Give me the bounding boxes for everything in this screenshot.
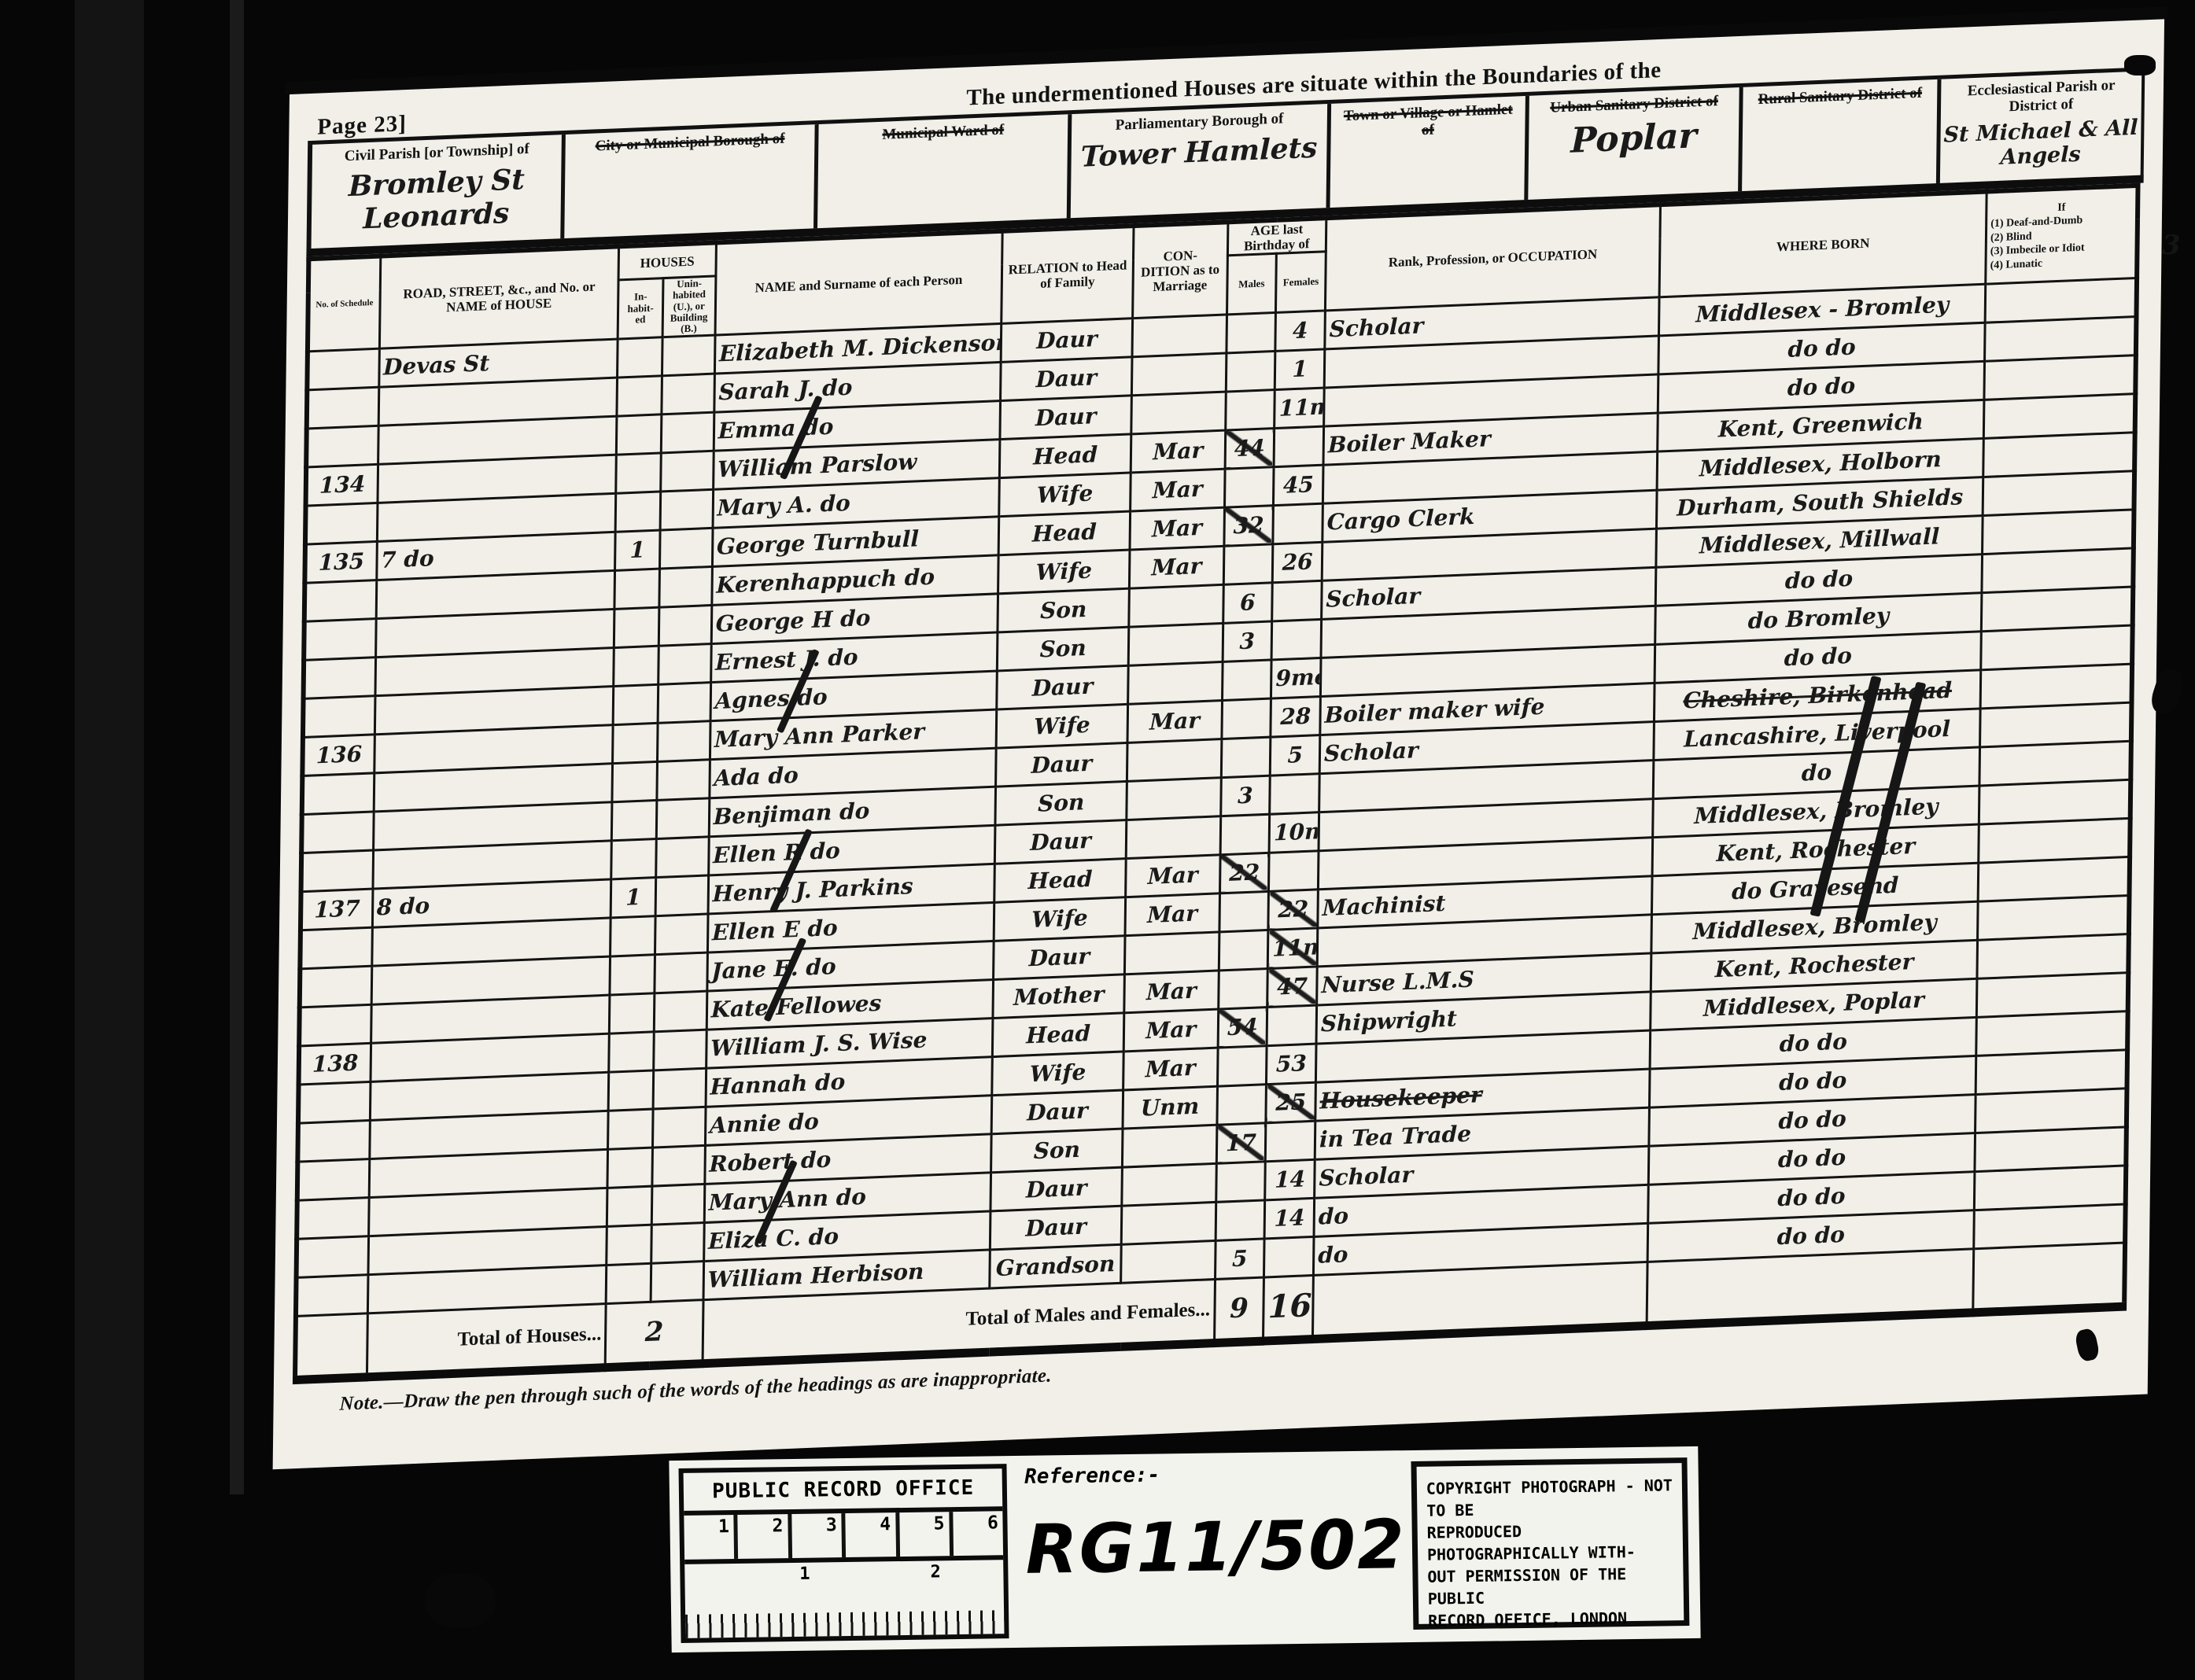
- cell-relation: Head: [992, 1012, 1123, 1056]
- col-inhabited: In-habit-ed: [618, 278, 663, 339]
- cell-schedule: [307, 348, 379, 390]
- cell-condition: Mar: [1126, 854, 1220, 897]
- ruler-cm-scale: 123456: [684, 1511, 1003, 1564]
- cell-infirmity: [1979, 741, 2131, 786]
- total-males: 9: [1214, 1277, 1264, 1343]
- col-schedule: No. of Schedule: [308, 256, 380, 352]
- cell-relation: Daur: [990, 1206, 1121, 1250]
- cell-uninhabited: [660, 489, 713, 530]
- cell-age-m: [1216, 1161, 1265, 1202]
- cell-age-m: 3: [1223, 621, 1272, 661]
- cell-schedule: [302, 772, 374, 814]
- cell-age-f: [1266, 1121, 1315, 1162]
- cell-infirmity: [1976, 972, 2128, 1017]
- margin-mark: 3: [2162, 230, 2181, 261]
- cell-age-f: 22: [1268, 889, 1318, 930]
- cell-uninhabited: [651, 1261, 703, 1302]
- cell-relation: Daur: [997, 665, 1128, 709]
- ruler-cm-scale-item: 6: [953, 1511, 1003, 1556]
- cell-inhabited: [608, 1070, 653, 1110]
- cell-age-f: 14: [1264, 1198, 1314, 1239]
- cell-inhabited: 1: [615, 530, 660, 570]
- cell-infirmity: [1985, 316, 2137, 361]
- header-box-6: Rural Sanitary District of: [1742, 79, 1941, 191]
- cell-condition: [1132, 353, 1227, 396]
- cell-condition: [1131, 392, 1226, 434]
- cell-inhabited: [611, 838, 656, 879]
- cell-inhabited: [607, 1148, 652, 1188]
- col-occupation: Rank, Profession, or OCCUPATION: [1325, 204, 1660, 310]
- cell-uninhabited: [653, 1068, 706, 1109]
- cell-age-m: 3: [1220, 776, 1270, 816]
- col-road: ROAD, STREET, &c., and No. or NAME of HO…: [379, 246, 619, 348]
- cell-condition: Mar: [1130, 507, 1224, 550]
- col-females: Females: [1276, 252, 1326, 312]
- cell-condition: Mar: [1127, 700, 1222, 742]
- cell-schedule: [297, 1236, 369, 1277]
- cell-infirmity: [1984, 355, 2136, 400]
- ruler-cm-scale-item: 5: [899, 1512, 954, 1557]
- cell-schedule: 135: [304, 541, 377, 583]
- cell-condition: Mar: [1123, 1009, 1218, 1052]
- cell-age-f: [1272, 580, 1322, 621]
- header-box-2: Municipal Ward of: [817, 114, 1072, 228]
- cell-relation: Wife: [998, 550, 1130, 594]
- cell-age-f: [1269, 850, 1319, 891]
- cell-schedule: [297, 1197, 369, 1239]
- col-condition: CON- DITION as to Marriage: [1133, 222, 1228, 318]
- cell-infirmity: [1981, 587, 2133, 632]
- cell-schedule: [304, 580, 377, 621]
- header-box-value: St Michael & All Angels: [1940, 112, 2142, 171]
- cell-uninhabited: [658, 682, 710, 723]
- cell-inhabited: [610, 954, 655, 994]
- cell-age-f: [1271, 619, 1321, 660]
- cell-uninhabited: [655, 952, 707, 993]
- cell-relation: Daur: [991, 1090, 1123, 1134]
- cell-age-f: 45: [1274, 465, 1323, 506]
- cell-schedule: [305, 503, 378, 544]
- cell-inhabited: [614, 607, 659, 647]
- cell-schedule: [298, 1081, 371, 1123]
- cell-age-f: 1: [1275, 349, 1325, 390]
- cell-relation: Daur: [1001, 318, 1132, 362]
- cell-infirmity: [1977, 934, 2129, 978]
- cell-age-f: 4: [1275, 310, 1325, 351]
- cell-inhabited: [615, 492, 660, 532]
- cell-inhabited: [611, 916, 655, 956]
- total-houses-value: 2: [605, 1299, 703, 1367]
- header-box-0: Civil Parish [or Township] ofBromley St …: [312, 134, 566, 249]
- cell-relation: Head: [999, 433, 1131, 477]
- cell-relation: Wife: [992, 1051, 1123, 1095]
- cell-age-m: [1224, 466, 1274, 507]
- cell-schedule: 136: [302, 734, 374, 776]
- cell-relation: Daur: [994, 820, 1126, 864]
- cell-uninhabited: [656, 836, 709, 877]
- cell-infirmity: [1975, 1126, 2127, 1171]
- cell-age-m: [1223, 543, 1273, 584]
- header-box-value: Poplar: [1529, 111, 1739, 163]
- totals-blank-occ: [1312, 1262, 1647, 1339]
- cell-relation: Grandson: [990, 1244, 1121, 1288]
- cell-inhabited: [613, 684, 658, 724]
- cell-age-f: [1270, 773, 1319, 814]
- film-edge-band: [75, 0, 144, 1680]
- cell-age-f: [1273, 503, 1323, 544]
- cell-uninhabited: [655, 875, 708, 916]
- film-speck: [2124, 55, 2156, 76]
- cell-age-m: [1217, 1045, 1267, 1086]
- cell-age-m: [1226, 351, 1275, 392]
- cell-uninhabited: [662, 374, 714, 414]
- cell-age-m: [1222, 660, 1271, 701]
- cell-condition: [1125, 931, 1219, 974]
- cell-inhabited: [609, 1031, 654, 1071]
- cell-age-m: 22: [1219, 853, 1269, 893]
- pro-title: PUBLIC RECORD OFFICE: [684, 1468, 1003, 1516]
- cell-age-m: 5: [1215, 1238, 1264, 1279]
- cell-age-m: [1218, 968, 1267, 1009]
- cell-condition: Unm: [1123, 1086, 1217, 1129]
- cell-infirmity: [1980, 702, 2132, 747]
- copyright-box: COPYRIGHT PHOTOGRAPH - NOT TO BEREPRODUC…: [1411, 1457, 1689, 1630]
- cell-relation: Daur: [1001, 356, 1132, 400]
- cell-age-f: 9mo: [1271, 658, 1321, 698]
- copyright-box-item: REPRODUCED PHOTOGRAPHICALLY WITH-: [1426, 1518, 1673, 1565]
- header-box-5: Urban Sanitary District ofPoplar: [1528, 87, 1743, 200]
- total-females: 16: [1264, 1275, 1314, 1341]
- cell-schedule: [307, 387, 379, 429]
- col-relation: RELATION to Head of Family: [1002, 226, 1134, 323]
- cell-uninhabited: [654, 991, 706, 1032]
- cell-condition: [1122, 1163, 1216, 1206]
- cell-inhabited: [607, 1225, 651, 1265]
- cell-uninhabited: [661, 412, 714, 453]
- cell-age-m: [1221, 737, 1271, 778]
- cell-schedule: [299, 1004, 371, 1046]
- cell-condition: [1121, 1240, 1216, 1283]
- cell-uninhabited: [651, 1222, 704, 1263]
- cell-condition: [1123, 1125, 1217, 1167]
- cell-schedule: [303, 695, 375, 737]
- cell-inhabited: [613, 723, 658, 763]
- total-houses-label: Total of Houses...: [367, 1303, 606, 1376]
- cell-infirmity: [1978, 895, 2130, 940]
- cell-condition: Mar: [1124, 971, 1219, 1013]
- census-table: No. of Schedule ROAD, STREET, &c., and N…: [293, 183, 2141, 1384]
- cell-condition: Mar: [1131, 430, 1225, 473]
- cell-age-f: 14: [1265, 1159, 1315, 1200]
- totals-blank-born: [1647, 1248, 1974, 1325]
- cell-uninhabited: [657, 759, 710, 800]
- cell-inhabited: [612, 800, 657, 840]
- reference-label: Reference:-: [1024, 1460, 1405, 1489]
- col-uninhabited: Unin-habited (U.), or Building (B.): [662, 276, 716, 337]
- cell-infirmity: [1983, 509, 2134, 554]
- cell-condition: [1127, 777, 1221, 820]
- cell-infirmity: [1983, 470, 2134, 515]
- cell-condition: Mar: [1123, 1048, 1218, 1090]
- cell-schedule: 134: [306, 464, 378, 506]
- cell-age-f: 25: [1266, 1082, 1315, 1123]
- col-name: NAME and Surname of each Person: [715, 231, 1003, 335]
- cell-schedule: [301, 811, 374, 853]
- col-houses-group: HOUSES: [618, 242, 716, 280]
- cell-schedule: [306, 426, 378, 467]
- cell-inhabited: [618, 337, 662, 377]
- cell-condition: [1121, 1202, 1216, 1244]
- cell-uninhabited: [654, 1030, 706, 1070]
- cell-condition: Mar: [1125, 893, 1219, 935]
- col-born: WHERE BORN: [1659, 192, 1987, 297]
- cell-uninhabited: [659, 528, 712, 569]
- ruler-cm-scale-item: 3: [791, 1513, 846, 1558]
- cell-schedule: [300, 927, 372, 969]
- cell-uninhabited: [657, 720, 710, 761]
- cell-infirmity: [1980, 664, 2132, 709]
- cell-uninhabited: [661, 451, 714, 492]
- header-box-3: Parliamentary Borough ofTower Hamlets: [1071, 104, 1331, 218]
- cell-age-m: 32: [1223, 505, 1273, 546]
- cell-age-f: 26: [1273, 542, 1323, 583]
- reference-box: Reference:- RG11/502: [1007, 1450, 1414, 1648]
- cell-inhabited: [606, 1263, 651, 1303]
- cell-age-m: [1219, 930, 1268, 971]
- cell-age-f: 11mo: [1275, 388, 1324, 429]
- film-edge-sliver: [230, 0, 244, 1494]
- cell-relation: Wife: [999, 473, 1131, 517]
- cell-age-f: 53: [1267, 1044, 1316, 1085]
- ruler-inch-scale-item: 1: [799, 1564, 810, 1584]
- cell-age-m: 54: [1218, 1007, 1267, 1048]
- cell-inhabited: [616, 452, 661, 492]
- cell-relation: Head: [994, 858, 1126, 902]
- cell-schedule: [297, 1120, 370, 1162]
- cell-age-f: 28: [1271, 696, 1320, 737]
- copyright-box-item: OUT PERMISSION OF THE PUBLIC: [1427, 1562, 1674, 1609]
- cell-uninhabited: [656, 798, 709, 838]
- cell-condition: Mar: [1130, 546, 1224, 588]
- cell-inhabited: [608, 1109, 653, 1149]
- cell-condition: [1129, 584, 1223, 627]
- cell-relation: Daur: [991, 1167, 1122, 1211]
- col-males: Males: [1227, 253, 1277, 314]
- cell-age-m: [1226, 312, 1275, 353]
- header-box-7: Ecclesiastical Parish or District ofSt M…: [1940, 71, 2142, 182]
- cell-relation: Head: [998, 511, 1130, 555]
- cell-uninhabited: [662, 335, 714, 376]
- cell-infirmity: [1975, 1049, 2127, 1094]
- cell-age-f: 47: [1267, 967, 1317, 1008]
- copyright-box-item: RECORD OFFICE, LONDON: [1428, 1606, 1674, 1631]
- cell-infirmity: [1981, 625, 2133, 670]
- cell-relation: Son: [991, 1129, 1123, 1173]
- cell-age-m: 44: [1225, 428, 1275, 469]
- cell-condition: [1127, 739, 1222, 781]
- totals-blank-infirm: [1973, 1243, 2125, 1313]
- cell-infirmity: [1974, 1165, 2126, 1210]
- cell-age-m: [1225, 389, 1275, 430]
- reference-value: RG11/502: [1025, 1505, 1407, 1590]
- cell-age-f: [1267, 1005, 1316, 1046]
- cell-infirmity: [1975, 1088, 2127, 1133]
- cell-age-f: 11mo: [1268, 927, 1318, 968]
- cell-relation: Wife: [996, 704, 1127, 748]
- cell-age-m: 6: [1223, 582, 1272, 623]
- cell-schedule: 138: [299, 1043, 371, 1085]
- cell-condition: [1128, 661, 1223, 704]
- cell-age-f: [1264, 1236, 1314, 1277]
- cell-inhabited: 1: [611, 877, 655, 917]
- cell-age-m: [1219, 891, 1268, 932]
- cell-relation: Daur: [996, 742, 1127, 787]
- ruler-inch-scale: 12: [684, 1560, 1005, 1638]
- cell-age-m: [1220, 814, 1270, 855]
- census-page: Page 23] The undermentioned Houses are s…: [273, 17, 2164, 1469]
- cell-schedule: [297, 1159, 370, 1200]
- cell-infirmity: [1985, 278, 2137, 322]
- col-age-group: AGE last Birthday of: [1227, 218, 1326, 256]
- cell-infirmity: [1983, 432, 2135, 477]
- cell-infirmity: [1974, 1204, 2126, 1249]
- cell-condition: Mar: [1131, 469, 1225, 511]
- totals-blank: [295, 1313, 367, 1380]
- cell-infirmity: [1979, 818, 2130, 863]
- cell-infirmity: [1983, 393, 2135, 438]
- cell-age-f: 10mo: [1269, 812, 1319, 853]
- cell-age-m: 17: [1216, 1122, 1266, 1163]
- cell-condition: [1126, 816, 1220, 858]
- ruler-box: PUBLIC RECORD OFFICE 123456 12: [678, 1464, 1009, 1643]
- cell-inhabited: [614, 569, 659, 609]
- ruler-cm-scale-item: 1: [684, 1515, 738, 1560]
- cell-relation: Son: [995, 781, 1127, 825]
- header-box-4: Town or Village or Hamlet of: [1330, 96, 1529, 208]
- col-infirmity: If(1) Deaf-and-Dumb(2) Blind(3) Imbecile…: [1986, 186, 2138, 284]
- cell-inhabited: [617, 414, 662, 454]
- cell-infirmity: [1978, 857, 2130, 901]
- cell-age-f: [1274, 426, 1323, 467]
- microfilm-photo: { "film": { "page_label": "Page 23]", "t…: [0, 0, 2195, 1680]
- census-tbody: Devas StElizabeth M. DickensonDaur4Schol…: [296, 278, 2137, 1316]
- cell-inhabited: [617, 375, 662, 415]
- cell-age-m: [1216, 1084, 1266, 1125]
- cell-inhabited: [614, 646, 658, 686]
- header-box-value: Bromley St Leonards: [312, 158, 562, 238]
- cell-uninhabited: [658, 605, 711, 646]
- cell-inhabited: [610, 993, 655, 1033]
- cell-relation: Son: [998, 588, 1129, 632]
- cell-condition: [1132, 314, 1227, 356]
- cell-infirmity: [1976, 1011, 2128, 1056]
- copyright-box-item: COPYRIGHT PHOTOGRAPH - NOT TO BE: [1426, 1474, 1673, 1521]
- cell-inhabited: [607, 1186, 652, 1226]
- cell-age-m: [1221, 698, 1271, 739]
- cell-uninhabited: [652, 1145, 705, 1186]
- film-speck: [425, 1573, 496, 1628]
- cell-uninhabited: [658, 643, 711, 684]
- cell-uninhabited: [659, 566, 712, 607]
- cell-infirmity: [1979, 779, 2130, 824]
- ruler-inch-scale-item: 2: [930, 1562, 941, 1582]
- cell-inhabited: [612, 761, 657, 801]
- cell-relation: Daur: [994, 935, 1125, 979]
- cell-age-m: [1216, 1199, 1265, 1240]
- cell-relation: Daur: [1000, 395, 1131, 439]
- cell-schedule: [304, 618, 376, 660]
- ruler-cm-scale-item: 2: [738, 1514, 792, 1559]
- cell-uninhabited: [651, 1184, 704, 1225]
- cell-condition: [1128, 623, 1223, 665]
- pro-plaque: PUBLIC RECORD OFFICE 123456 12 Reference…: [669, 1446, 1700, 1652]
- cell-schedule: 137: [301, 889, 373, 930]
- ruler-cm-scale-item: 4: [846, 1512, 900, 1557]
- cell-relation: Son: [997, 627, 1128, 671]
- cell-schedule: [301, 850, 374, 892]
- cell-schedule: [304, 657, 376, 698]
- cell-age-f: 5: [1271, 735, 1320, 776]
- cell-schedule: [296, 1274, 368, 1316]
- cell-uninhabited: [652, 1107, 705, 1148]
- cell-relation: Wife: [994, 897, 1125, 941]
- cell-infirmity: [1982, 547, 2134, 592]
- cell-uninhabited: [655, 914, 707, 955]
- cell-relation: Mother: [993, 974, 1124, 1018]
- cell-schedule: [300, 966, 372, 1008]
- header-box-1: City or Municipal Borough of: [564, 124, 818, 238]
